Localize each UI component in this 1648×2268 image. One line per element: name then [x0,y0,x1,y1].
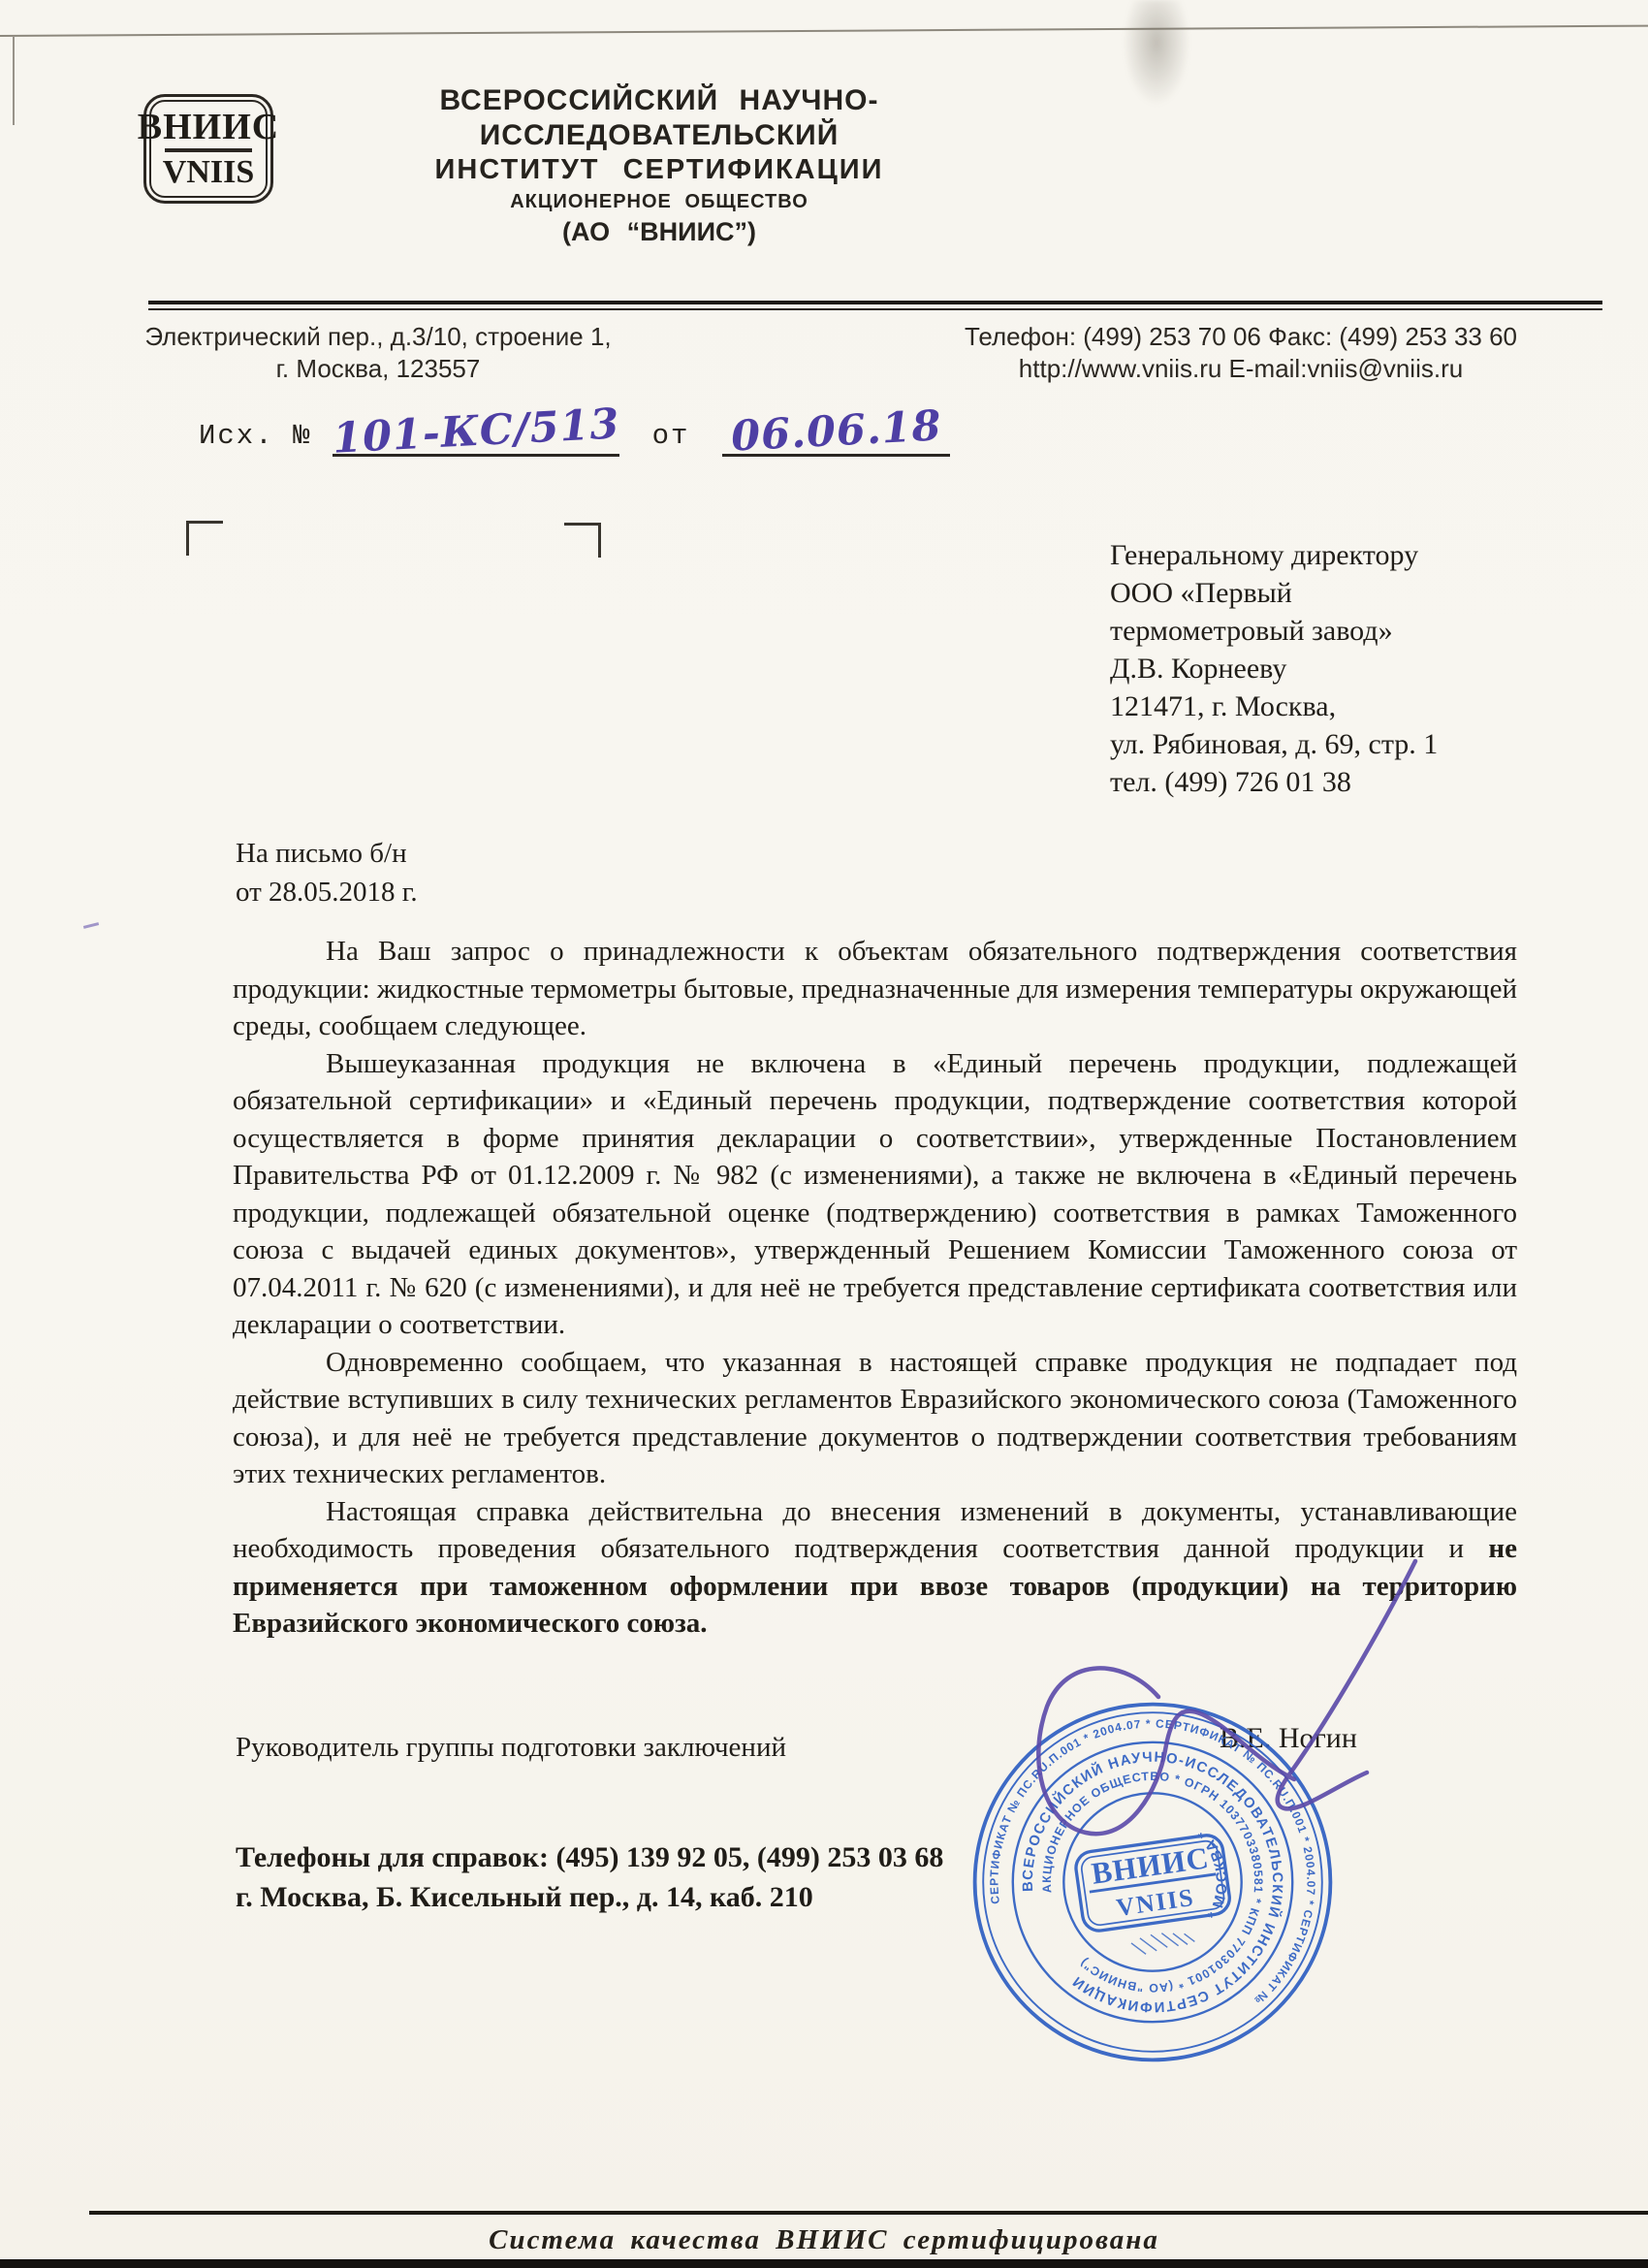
org-contacts: Телефон: (499) 253 70 06 Факс: (499) 253… [897,321,1585,385]
stray-pen-mark [83,922,99,929]
recipient-line: тел. (499) 726 01 38 [1110,763,1438,801]
recipient-line: ООО «Первый [1110,574,1438,612]
address-window-bracket-right [564,523,601,558]
scan-paper-edge-left [13,36,15,125]
letterhead-title: ВСЕРОССИЙСКИЙ НАУЧНО-ИССЛЕДОВАТЕЛЬСКИЙ И… [320,83,998,247]
ref-prefix-label: Исх. № [199,420,311,452]
address-window-bracket-left [186,521,223,556]
scanned-letter-page: ВНИИС VNIIS ВСЕРОССИЙСКИЙ НАУЧНО-ИССЛЕДО… [0,0,1648,2268]
round-stamp: СЕРТИФИКАТ № ПС.RU.П.001 * 2004.07 * СЕР… [967,1697,1338,2067]
org-address-line2: г. Москва, 123557 [102,353,654,385]
body-paragraph-2: Вышеуказанная продукция не включена в «Е… [233,1045,1517,1344]
org-name-line2: ИНСТИТУТ СЕРТИФИКАЦИИ [320,153,998,187]
recipient-line: 121471, г. Москва, [1110,687,1438,725]
reference-phones-block: Телефоны для справок: (495) 139 92 05, (… [236,1837,943,1917]
scan-smudge [1123,0,1190,107]
body-paragraph-4-normal: Настоящая справка действительна до внесе… [233,1496,1517,1565]
logo-text-en: VNIIS [163,155,254,190]
stamp-hatch-mark [1130,1929,1195,1956]
body-paragraph-1: На Ваш запрос о принадлежности к объекта… [233,933,1517,1045]
signer-position: Руководитель группы подготовки заключени… [236,1732,786,1764]
org-phone-fax: Телефон: (499) 253 70 06 Факс: (499) 253… [897,321,1585,353]
org-web-email: http://www.vniis.ru E-mail:vniis@vniis.r… [897,353,1585,385]
vniis-logo: ВНИИС VNIIS [143,94,273,204]
recipient-line: ул. Рябиновая, д. 69, стр. 1 [1110,725,1438,763]
in-reply-to-block: На письмо б/н от 28.05.2018 г. [236,834,418,911]
header-rule-thick [148,301,1602,304]
org-name-line1: ВСЕРОССИЙСКИЙ НАУЧНО-ИССЛЕДОВАТЕЛЬСКИЙ [320,83,998,153]
reference-phones-line2: г. Москва, Б. Кисельный пер., д. 14, каб… [236,1877,943,1917]
ref-number-field: 101-КС/513 [333,405,619,457]
vniis-logo-inner: ВНИИС VNIIS [149,100,268,198]
footer-quality-note: Система качества ВНИИС сертифицирована [0,2224,1648,2256]
org-short-name: (АО “ВНИИС”) [320,216,998,247]
logo-text-ru: ВНИИС [138,108,279,146]
ref-date-field: 06.06.18 [722,405,950,457]
in-reply-to-line1: На письмо б/н [236,834,418,873]
stamp-center-en: VNIIS [1115,1883,1196,1922]
recipient-line: Генеральному директору [1110,536,1438,574]
outgoing-reference-line: Исх. № 101-КС/513 от 06.06.18 [199,405,950,457]
recipient-line: термометровый завод» [1110,612,1438,650]
recipient-line: Д.В. Корнееву [1110,650,1438,687]
footer-rule [89,2211,1648,2215]
logo-divider [165,148,252,152]
body-paragraph-3: Одновременно сообщаем, что указанная в н… [233,1344,1517,1493]
scan-paper-edge-line [0,25,1648,37]
scan-bottom-edge [0,2259,1648,2268]
org-address-line1: Электрический пер., д.3/10, строение 1, [102,321,654,353]
org-address: Электрический пер., д.3/10, строение 1, … [102,321,654,385]
ref-date-handwritten: 06.06.18 [730,401,943,461]
ref-ot-label: от [652,420,690,452]
body-paragraph-4: Настоящая справка действительна до внесе… [233,1493,1517,1643]
reference-phones-line1: Телефоны для справок: (495) 139 92 05, (… [236,1837,943,1877]
header-rule-thin [148,308,1602,310]
recipient-block: Генеральному директору ООО «Первый термо… [1110,536,1438,801]
letter-body: На Ваш запрос о принадлежности к объекта… [233,933,1517,1643]
in-reply-to-line2: от 28.05.2018 г. [236,873,418,911]
org-type: АКЦИОНЕРНОЕ ОБЩЕСТВО [320,189,998,214]
ref-number-handwritten: 101-КС/513 [332,399,621,463]
